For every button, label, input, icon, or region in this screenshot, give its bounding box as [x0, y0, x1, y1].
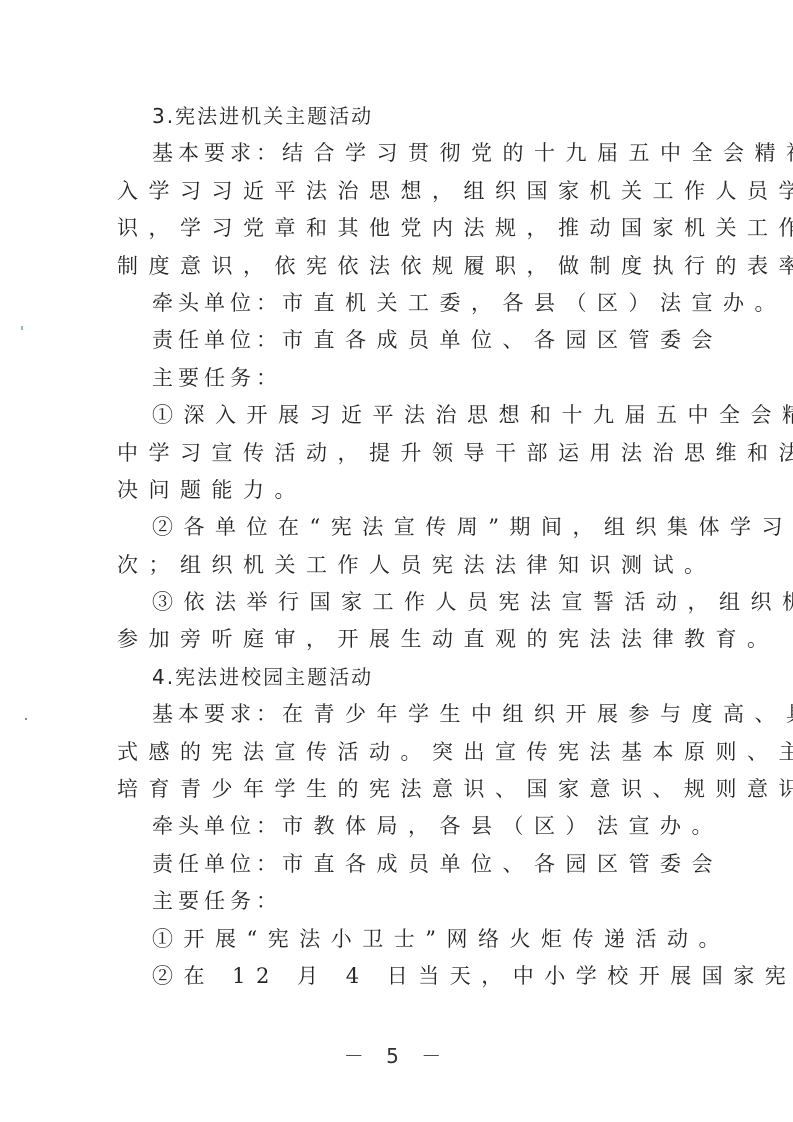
responsible-unit-value: 市直各成员单位、各园区管委会 — [282, 328, 723, 352]
requirement-text: 入学习习近平法治思想，组织国家机关工作人员学习宪法知 — [117, 173, 665, 210]
task-item: ①开展“宪法小卫士”网络火炬传递活动。 — [117, 921, 665, 958]
responsible-unit-label: 责任单位： — [152, 328, 282, 352]
lead-unit: 牵头单位：市直机关工委，各县（区）法宣办。 — [117, 285, 665, 322]
requirement-label: 基本要求： — [152, 141, 282, 165]
requirement-text: 识，学习党章和其他党内法规，推动国家机关工作人员增强 — [117, 210, 665, 247]
responsible-unit-label: 责任单位： — [152, 852, 282, 876]
task-item: 次；组织机关工作人员宪法法律知识测试。 — [117, 547, 665, 584]
requirement-paragraph: 基本要求：在青少年学生中组织开展参与度高、具有仪 — [117, 696, 665, 733]
tasks-label: 主要任务： — [117, 883, 665, 920]
section-heading: 3.宪法进机关主题活动 — [117, 98, 665, 135]
scan-artifact — [25, 718, 27, 720]
lead-unit-value: 市教体局，各县（区）法宣办。 — [282, 814, 723, 838]
scan-artifact — [21, 326, 23, 330]
lead-unit-value: 市直机关工委，各县（区）法宣办。 — [282, 291, 786, 315]
section-heading: 4.宪法进校园主题活动 — [117, 659, 665, 696]
page-number: － 5 － — [0, 1040, 793, 1069]
task-item: 中学习宣传活动，提升领导干部运用法治思维和法治方式解 — [117, 435, 665, 472]
requirement-text: 制度意识，依宪依法依规履职，做制度执行的表率。 — [117, 248, 665, 285]
responsible-unit: 责任单位：市直各成员单位、各园区管委会 — [117, 322, 665, 359]
responsible-unit-value: 市直各成员单位、各园区管委会 — [282, 852, 723, 876]
lead-unit: 牵头单位：市教体局，各县（区）法宣办。 — [117, 808, 665, 845]
task-item: 决问题能力。 — [117, 472, 665, 509]
requirement-paragraph: 基本要求：结合学习贯彻党的十九届五中全会精神，深 — [117, 135, 665, 172]
lead-unit-label: 牵头单位： — [152, 291, 282, 315]
task-item: ③依法举行国家工作人员宪法宣誓活动，组织机关干部 — [117, 584, 665, 621]
task-item: 参加旁听庭审，开展生动直观的宪法法律教育。 — [117, 621, 665, 658]
tasks-label: 主要任务： — [117, 360, 665, 397]
requirement-text: 式感的宪法宣传活动。突出宣传宪法基本原则、主要内容， — [117, 734, 665, 771]
task-item: ①深入开展习近平法治思想和十九届五中全会精神集 — [117, 397, 665, 434]
task-item: ②各单位在“宪法宣传周”期间，组织集体学习宪法一 — [117, 509, 665, 546]
requirement-text: 培育青少年学生的宪法意识、国家意识、规则意识。 — [117, 771, 665, 808]
document-page: 3.宪法进机关主题活动 基本要求：结合学习贯彻党的十九届五中全会精神，深 入学习… — [117, 98, 665, 995]
requirement-label: 基本要求： — [152, 702, 282, 726]
requirement-text: 结合学习贯彻党的十九届五中全会精神，深 — [282, 141, 793, 165]
requirement-text: 在青少年学生中组织开展参与度高、具有仪 — [282, 702, 793, 726]
lead-unit-label: 牵头单位： — [152, 814, 282, 838]
responsible-unit: 责任单位：市直各成员单位、各园区管委会 — [117, 846, 665, 883]
task-item: ②在 12 月 4 日当天，中小学校开展国家宪法日“宪法 — [117, 958, 665, 995]
